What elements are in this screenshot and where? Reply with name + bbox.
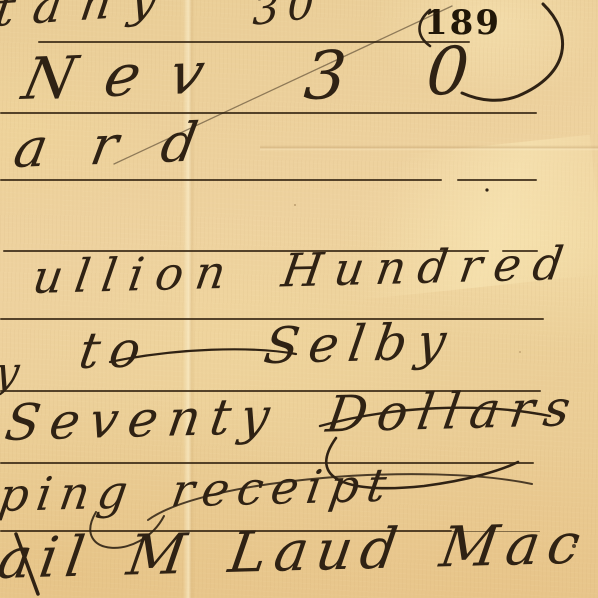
handwriting-line4-text: ullion Hundred [30, 240, 578, 300]
handwriting-signature: ail M Laud Mac o [0, 515, 598, 588]
handwriting-line5-text: to Selby [76, 316, 459, 376]
ruled-line-2 [0, 112, 537, 114]
ruled-line-3a [0, 179, 442, 181]
handwriting-line2-number: 30 [302, 36, 551, 110]
handwriting-line6-text: Seventy Dollars [2, 383, 584, 448]
handwriting-line3-word: ard [10, 114, 246, 176]
document-page: tany 30 189 Nev 30 ard ullion Hundred y … [0, 0, 598, 598]
handwriting-line2-word: Nev [18, 43, 240, 108]
ruled-line-3b [457, 179, 537, 181]
handwriting-line7-text: ping receipt [0, 462, 397, 518]
handwriting-line1-number: 30 [252, 0, 323, 32]
horizontal-crease [260, 145, 598, 151]
